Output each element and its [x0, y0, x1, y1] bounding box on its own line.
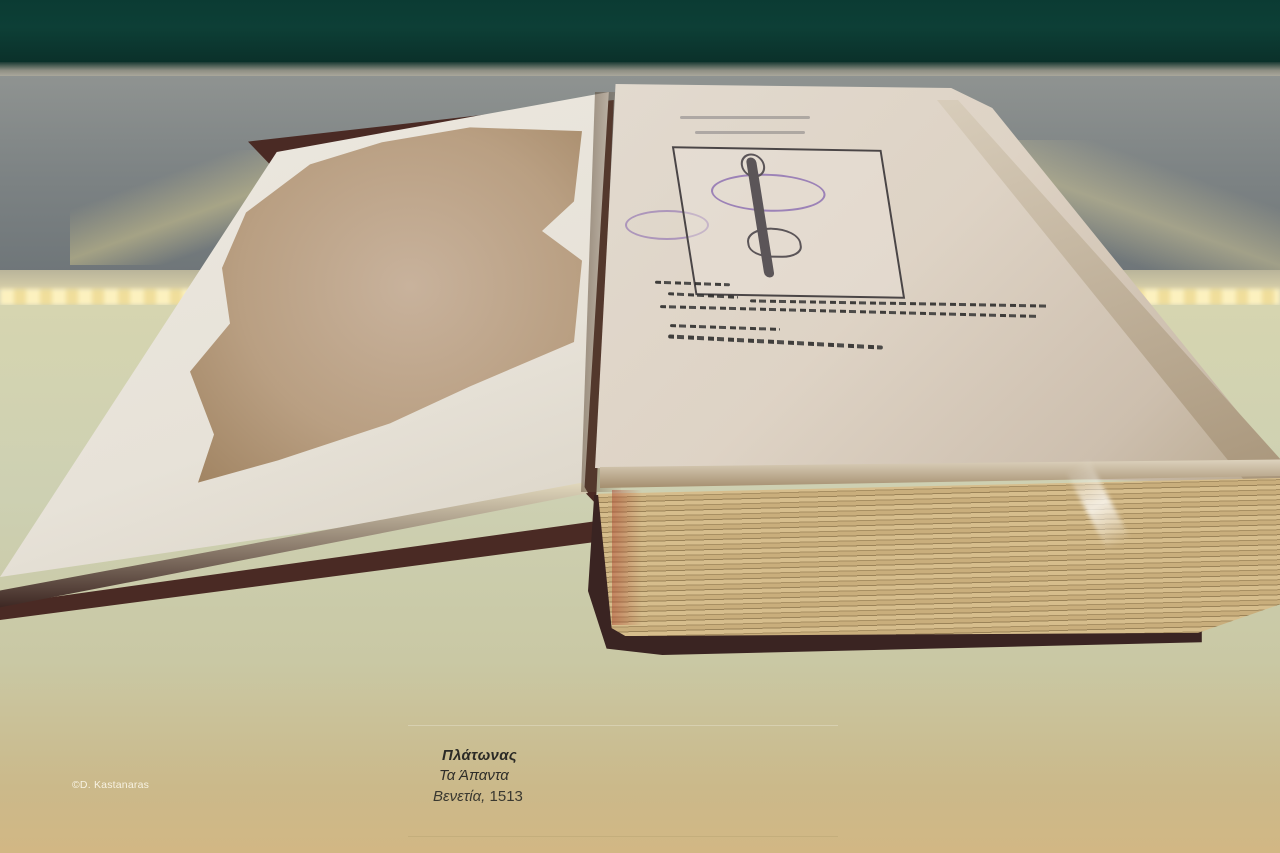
stamp-ring [708, 173, 828, 213]
label-author: Πλάτωνας [442, 747, 517, 764]
text-block-edge [598, 478, 1280, 636]
label-place: Βενετία, [433, 788, 485, 805]
printed-heading-line [680, 116, 810, 119]
museum-photo: Πλάτωνας Τα Άπαντα Βενετία, 1513 ©D. Kas… [0, 0, 1280, 853]
label-imprint: Βενετία, 1513 [433, 788, 523, 805]
printers-mark-woodcut [672, 146, 905, 299]
band-edge [0, 62, 1280, 76]
anchor-base [745, 227, 804, 258]
label-year: 1513 [490, 788, 523, 805]
teal-ceiling-band [0, 0, 1280, 68]
photographer-watermark: ©D. Kastanaras [72, 779, 149, 791]
label-work-title: Τα Άπαντα [439, 767, 509, 784]
printed-heading-line [695, 131, 805, 134]
red-edge-tint [612, 490, 642, 625]
